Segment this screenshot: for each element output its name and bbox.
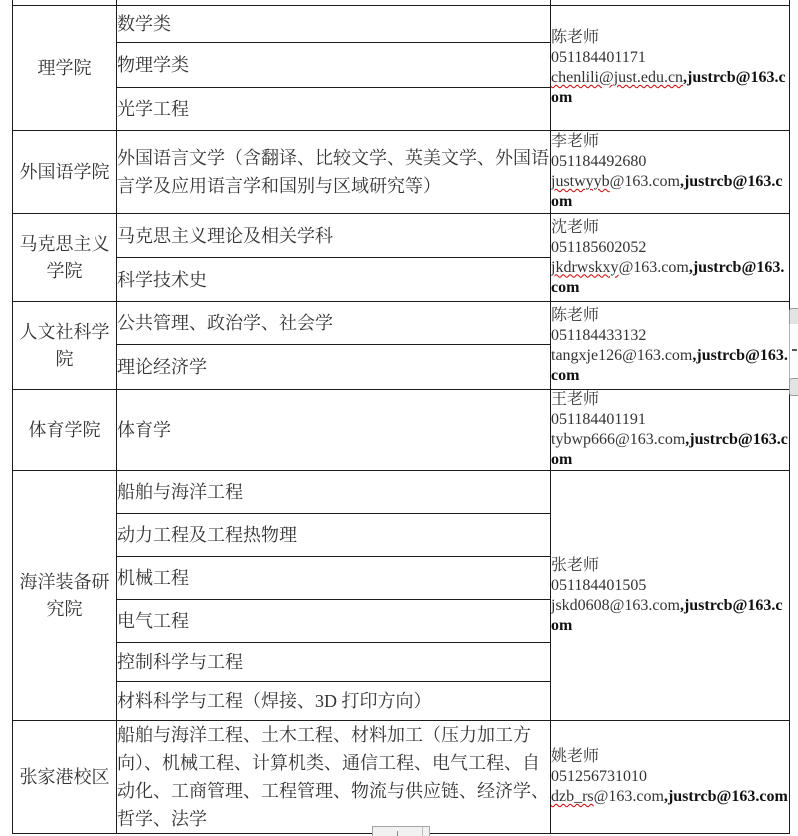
major-cell: 体育学 xyxy=(117,390,551,471)
major-cell: 物理学类 xyxy=(117,43,551,88)
major-cell: 公共管理、政治学、社会学 xyxy=(117,302,551,345)
contact-name: 张老师 xyxy=(551,556,789,576)
major-cell: 船舶与海洋工程 xyxy=(117,471,551,514)
scrollbar-fragment[interactable] xyxy=(789,308,798,396)
college-cell: 人文社科学院 xyxy=(13,302,117,390)
contact-phone: 051184492680 xyxy=(551,152,789,172)
contact-email: jskd0608@163.com,justrcb@163.com xyxy=(551,596,789,636)
email-misspelled-segment: dzb_rs xyxy=(551,788,594,805)
major-cell: 外国语言文学（含翻译、比较文学、英美文学、外国语言学及应用语言学和国别与区域研究… xyxy=(117,131,551,214)
contact-name: 姚老师 xyxy=(551,747,789,767)
handle-divider xyxy=(422,827,423,836)
contact-name: 李老师 xyxy=(551,132,789,152)
major-cell: 动力工程及工程热物理 xyxy=(117,514,551,557)
college-cell: 体育学院 xyxy=(13,390,117,471)
major-cell: 数学类 xyxy=(117,6,551,43)
contact-cell: 沈老师051185602052jkdrwskxy@163.com,justrcb… xyxy=(551,214,790,302)
college-cell: 海洋装备研究院 xyxy=(13,471,117,721)
email-misspelled-segment: jkdrwskxy xyxy=(551,259,619,276)
email-segment: @163.com xyxy=(610,173,680,190)
major-cell: 机械工程 xyxy=(117,557,551,600)
email-segment: jskd0608@163.com xyxy=(551,597,680,614)
contact-name: 沈老师 xyxy=(551,218,789,238)
contact-email: tybwp666@163.com,justrcb@163.com xyxy=(551,430,789,470)
contact-email: jkdrwskxy@163.com,justrcb@163.com xyxy=(551,258,789,298)
contact-cell: 李老师051184492680justwyyb@163.com,justrcb@… xyxy=(551,131,790,214)
document-page: 理学院数学类陈老师051184401171chenlili@just.edu.c… xyxy=(0,0,798,836)
contact-cell: 陈老师051184433132tangxje126@163.com,justrc… xyxy=(551,302,790,390)
contact-phone: 051184401191 xyxy=(551,410,789,430)
handle-tick-icon xyxy=(397,831,403,836)
contact-name: 王老师 xyxy=(551,390,789,410)
contact-email: dzb_rs@163.com,justrcb@163.com xyxy=(551,787,789,807)
email-segment: tybwp666@163.com xyxy=(551,431,685,448)
contact-phone: 051185602052 xyxy=(551,238,789,258)
contact-cell: 张老师051184401505jskd0608@163.com,justrcb@… xyxy=(551,471,790,721)
college-cell: 张家港校区 xyxy=(13,721,117,834)
email-misspelled-segment: justwyyb xyxy=(551,173,610,190)
table-row: 外国语学院外国语言文学（含翻译、比较文学、英美文学、外国语言学及应用语言学和国别… xyxy=(13,131,790,214)
email-segment: ,justrcb@163.com xyxy=(664,788,788,805)
college-cell: 外国语学院 xyxy=(13,131,117,214)
contact-phone: 051184401505 xyxy=(551,576,789,596)
contact-name: 陈老师 xyxy=(551,28,789,48)
major-cell: 船舶与海洋工程、土木工程、材料加工（压力加工方向）、机械工程、计算机类、通信工程… xyxy=(117,721,551,834)
contact-cell: 姚老师051256731010dzb_rs@163.com,justrcb@16… xyxy=(551,721,790,834)
scrollbar-cap-bottom[interactable] xyxy=(789,378,798,396)
contact-phone: 051184433132 xyxy=(551,326,789,346)
major-cell: 马克思主义理论及相关学科 xyxy=(117,214,551,258)
college-cell: 理学院 xyxy=(13,6,117,131)
major-cell: 理论经济学 xyxy=(117,345,551,390)
scrollbar-track[interactable] xyxy=(789,324,798,380)
college-cell: 马克思主义学院 xyxy=(13,214,117,302)
contact-phone: 051184401171 xyxy=(551,48,789,68)
major-cell: 光学工程 xyxy=(117,88,551,131)
major-cell: 科学技术史 xyxy=(117,258,551,302)
table-row: 马克思主义学院马克思主义理论及相关学科沈老师051185602052jkdrws… xyxy=(13,214,790,258)
table-row: 体育学院体育学王老师051184401191tybwp666@163.com,j… xyxy=(13,390,790,471)
table-row: 人文社科学院公共管理、政治学、社会学陈老师051184433132tangxje… xyxy=(13,302,790,345)
major-cell: 电气工程 xyxy=(117,600,551,643)
contact-name: 陈老师 xyxy=(551,306,789,326)
contact-cell: 王老师051184401191tybwp666@163.com,justrcb@… xyxy=(551,390,790,471)
contact-cell: 陈老师051184401171chenlili@just.edu.cn,just… xyxy=(551,6,790,131)
table-row: 理学院数学类陈老师051184401171chenlili@just.edu.c… xyxy=(13,6,790,43)
major-cell: 材料科学与工程（焊接、3D 打印方向） xyxy=(117,682,551,721)
contact-phone: 051256731010 xyxy=(551,767,789,787)
table-row: 张家港校区船舶与海洋工程、土木工程、材料加工（压力加工方向）、机械工程、计算机类… xyxy=(13,721,790,834)
email-segment: @163.com xyxy=(619,259,689,276)
email-segment: tangxje126@163.com xyxy=(551,347,692,364)
email-segment: @163.com xyxy=(594,788,664,805)
recruitment-contact-table: 理学院数学类陈老师051184401171chenlili@just.edu.c… xyxy=(12,0,790,834)
contact-email: chenlili@just.edu.cn,justrcb@163.com xyxy=(551,68,789,108)
scrollbar-arrow-icon xyxy=(792,349,797,351)
table-row: 海洋装备研究院船舶与海洋工程张老师051184401505jskd0608@16… xyxy=(13,471,790,514)
major-cell: 控制科学与工程 xyxy=(117,643,551,682)
email-misspelled-segment: chenlili@just.edu.cn xyxy=(551,69,683,86)
table-handle-fragment[interactable] xyxy=(372,826,430,836)
contact-email: justwyyb@163.com,justrcb@163.com xyxy=(551,172,789,212)
contact-email: tangxje126@163.com,justrcb@163.com xyxy=(551,346,789,386)
